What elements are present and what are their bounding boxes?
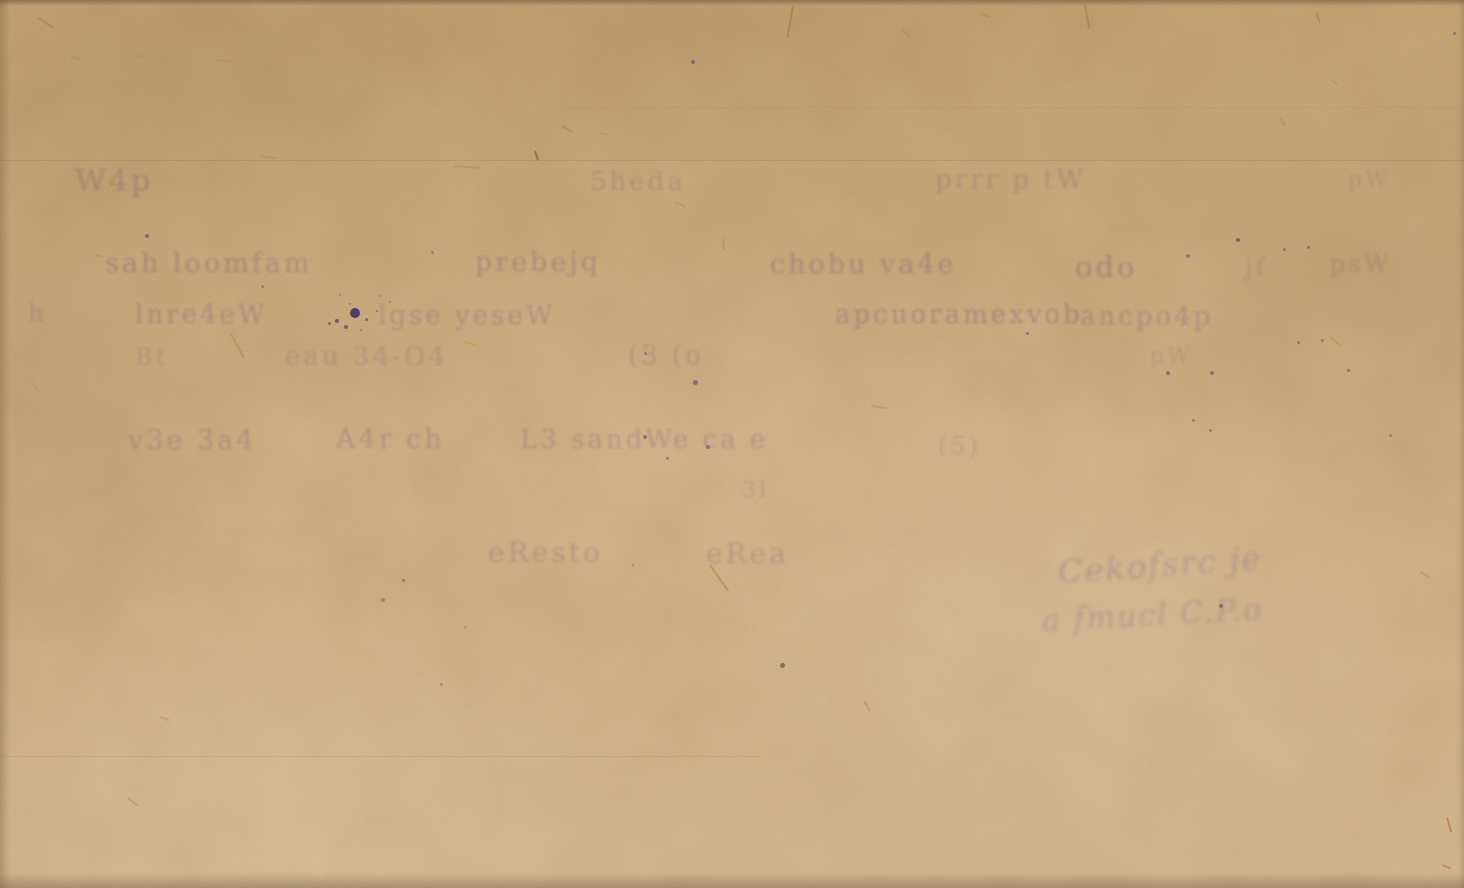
- bleedthrough-text-fragment: Bt: [135, 343, 168, 371]
- ink-speck: [1210, 371, 1214, 375]
- ink-blot-satellite: [339, 294, 341, 296]
- paper-fiber: [600, 132, 608, 135]
- paper-fiber: [1084, 5, 1090, 29]
- paper-sheet: W4p5hedaprrr p tWpWsah loomfamprebejqcho…: [0, 0, 1464, 888]
- ink-speck: [440, 683, 443, 686]
- bleedthrough-text-fragment: 3l: [742, 478, 769, 503]
- ink-speck: [1321, 339, 1324, 342]
- ink-blot-satellite: [344, 325, 348, 329]
- bleedthrough-text-fragment: h: [28, 299, 46, 327]
- ink-speck: [1307, 246, 1310, 249]
- paper-fiber: [230, 334, 245, 360]
- bleedthrough-text-fragment: v3e 3a4: [128, 425, 256, 456]
- ink-speck: [381, 598, 385, 602]
- ink-blot-satellite: [379, 295, 381, 297]
- ink-speck: [145, 234, 149, 238]
- bleedthrough-text-fragment: 5heda: [590, 167, 686, 197]
- bleedthrough-text-fragment: lnre4eW: [135, 300, 268, 330]
- ink-speck: [1297, 341, 1300, 344]
- ink-speck: [693, 380, 698, 385]
- ink-blot-satellite: [389, 301, 391, 303]
- ink-speck: [1453, 32, 1456, 35]
- bleedthrough-text-fragment: pW: [1348, 168, 1391, 193]
- ink-speck: [780, 663, 785, 668]
- ink-speck: [1209, 429, 1212, 432]
- ink-speck: [1283, 248, 1286, 251]
- bleedthrough-text-fragment: W4p: [75, 164, 153, 199]
- paper-fiber: [534, 151, 539, 161]
- bleedthrough-text-fragment: eResto: [488, 536, 603, 569]
- ink-blot-satellite: [376, 310, 378, 312]
- ink-speck: [402, 579, 405, 582]
- bleedthrough-text-fragment: sah loomfam: [105, 248, 312, 279]
- paper-fiber: [1420, 571, 1431, 579]
- paper-fiber: [127, 797, 137, 806]
- ink-speck: [1192, 419, 1195, 422]
- crease-line: [0, 756, 760, 757]
- paper-fiber: [1442, 864, 1452, 869]
- bleedthrough-text-fragment: eau 34-O4: [285, 342, 448, 372]
- ink-blot-satellite: [360, 329, 362, 331]
- bleedthrough-text-fragment: L3 sandWe ca e: [520, 425, 768, 455]
- ink-blot: [350, 308, 360, 318]
- paper-fiber: [1446, 817, 1452, 833]
- paper-fiber: [260, 155, 276, 159]
- paper-fiber: [900, 27, 911, 38]
- bleedthrough-text-fragment: psW: [1330, 250, 1391, 278]
- paper-fiber: [37, 17, 53, 28]
- ink-speck: [1026, 332, 1029, 335]
- bleedthrough-text-fragment: A4r ch: [336, 424, 445, 455]
- paper-fiber: [722, 238, 725, 250]
- bleedthrough-signature: Cekofsrc je: [1057, 539, 1264, 591]
- ink-speck: [1219, 604, 1223, 608]
- paper-fiber: [863, 701, 871, 712]
- paper-fiber: [1329, 336, 1341, 347]
- paper-fiber: [216, 59, 230, 62]
- ink-speck: [1186, 254, 1190, 258]
- bleedthrough-text-fragment: odo: [1075, 250, 1137, 284]
- ink-blot-satellite: [328, 322, 331, 325]
- paper-grain-texture: [0, 0, 1464, 888]
- paper-fiber: [95, 254, 103, 257]
- bleedthrough-text-fragment: jf: [1245, 253, 1267, 281]
- ink-speck: [643, 435, 647, 439]
- ink-blot-satellite: [365, 318, 368, 321]
- ink-speck: [261, 285, 264, 288]
- paper-fiber: [786, 6, 794, 38]
- ink-speck: [644, 352, 647, 355]
- bleedthrough-text-fragment: chobu va4e: [770, 249, 957, 280]
- paper-fiber: [871, 405, 887, 409]
- paper-fiber: [1279, 118, 1286, 128]
- paper-fiber: [160, 716, 170, 721]
- crease-line: [0, 160, 1464, 161]
- paper-fiber: [562, 125, 573, 133]
- ink-speck: [691, 60, 695, 64]
- bleedthrough-signature: a fmucl C.P.o: [1041, 592, 1264, 639]
- page-edge-shadow: [0, 0, 1464, 888]
- paper-fiber: [71, 56, 81, 61]
- ink-speck: [1166, 371, 1170, 375]
- paper-fiber: [133, 55, 145, 57]
- ink-speck: [666, 457, 669, 460]
- bleedthrough-text-fragment: ancpo4p: [1080, 302, 1213, 332]
- ink-speck: [1389, 434, 1392, 437]
- ink-speck: [1347, 369, 1350, 372]
- crease-line: [560, 107, 1464, 108]
- ink-speck: [431, 251, 434, 254]
- ink-speck: [706, 445, 710, 449]
- ink-speck: [464, 626, 467, 629]
- bleedthrough-text-fragment: eRea: [706, 537, 789, 570]
- ink-speck: [632, 564, 634, 566]
- paper-fleck-texture: [0, 0, 1464, 888]
- bleedthrough-text-fragment: pW: [1150, 344, 1193, 369]
- bleedthrough-text-fragment: (5): [938, 432, 981, 460]
- paper-fiber: [1315, 12, 1321, 24]
- ink-blot-satellite: [349, 303, 351, 305]
- paper-fiber: [675, 201, 687, 208]
- bleedthrough-text-fragment: apcuoramexvob: [835, 300, 1083, 330]
- bleedthrough-text-fragment: (3 (o: [628, 341, 704, 371]
- paper-fiber: [453, 165, 481, 169]
- paper-fiber: [709, 564, 729, 591]
- ink-speck: [1236, 238, 1240, 242]
- ink-blot-satellite: [335, 319, 339, 323]
- bleedthrough-text-fragment: prrr p tW: [935, 165, 1086, 195]
- paper-fiber: [1331, 79, 1339, 85]
- paper-fiber: [30, 381, 39, 391]
- paper-fiber: [463, 341, 477, 346]
- bleedthrough-text-fragment: lgse yeseW: [378, 301, 555, 331]
- bleedthrough-text-fragment: prebejq: [475, 247, 601, 278]
- paper-fiber: [981, 13, 991, 18]
